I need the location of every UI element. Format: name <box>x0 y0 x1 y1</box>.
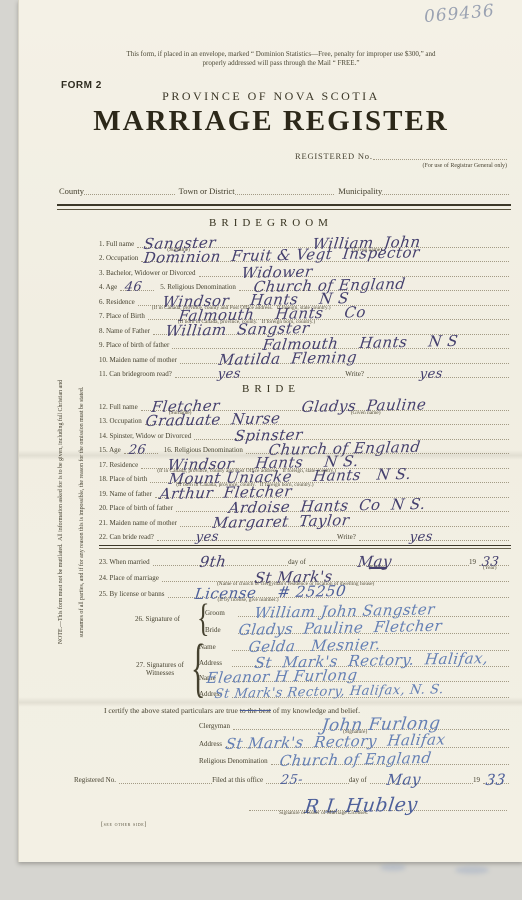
signature-sublabel: (Signature) <box>343 729 367 735</box>
envelope-instruction: This form, if placed in an envelope, mar… <box>69 50 493 67</box>
field-bride-signature: Bride Gladys Pauline Fletcher <box>205 619 509 636</box>
brace-glyph: { <box>191 636 199 702</box>
envelope-instruction-line1: This form, if placed in an envelope, mar… <box>69 50 493 59</box>
section-divider <box>57 204 511 210</box>
field-witness2-name: Name Eleanor H Furlong <box>199 669 509 685</box>
field-bridegroom-residence: 6. Residence Windsor Hants N S (If in Ca… <box>99 293 509 308</box>
surname-sublabel: (Surname) <box>169 410 192 416</box>
municipality-label: Municipality <box>334 186 382 197</box>
handwritten-value: Margaret Taylor <box>212 515 350 529</box>
county-blank <box>84 182 175 195</box>
field-bridegroom-literacy: 11. Can bridegroom read? yes Write? yes <box>99 366 509 381</box>
registered-no-blank <box>119 771 212 784</box>
handwritten-value: yes <box>409 531 434 543</box>
handwritten-value: 33 <box>485 775 506 786</box>
handwritten-signature: Gladys Pauline Fletcher <box>238 620 443 635</box>
given-name-sublabel: (Given name) <box>352 247 382 253</box>
ink-smudge <box>455 866 489 874</box>
town-label: Town or District <box>175 186 235 197</box>
signature-of-label: 26. Signature of <box>135 615 197 623</box>
witnesses-label-line1: 27. Signatures of <box>129 661 191 669</box>
handwritten-value: Church of England <box>279 753 432 767</box>
place-sublabel: (Name of church or clergyman's residence… <box>217 581 374 587</box>
handwritten-value: 46 <box>124 282 143 293</box>
bridegroom-heading: BRIDEGROOM <box>19 217 522 229</box>
signature-of-block: 26. Signature of { Groom William John Sa… <box>99 602 509 636</box>
handwritten-value: St Mark's Rectory Halifax <box>225 734 446 750</box>
form-number-label: FORM 2 <box>61 80 102 91</box>
handwritten-value: Matilda Fleming <box>218 352 358 366</box>
handwritten-signature: William John Sangster <box>254 604 435 619</box>
handwritten-value: May <box>386 774 422 786</box>
field-bride-occupation: 13. Occupation Graduate Nurse <box>99 413 509 428</box>
registered-no-label: REGISTERED No. <box>295 151 373 162</box>
handwritten-value: 9th <box>199 556 227 568</box>
province-heading: PROVINCE OF NOVA SCOTIA <box>19 89 522 104</box>
handwritten-value: yes <box>195 531 220 543</box>
surname-sublabel: (Surname) <box>167 247 190 253</box>
year-sublabel: (Year) <box>483 565 497 571</box>
birthplace-sublabel: (If born in Canada, province, county. If… <box>176 482 313 488</box>
handwritten-value: Graduate Nurse <box>145 413 281 427</box>
month-sublabel-scribbled: (Month) <box>369 565 387 571</box>
handwritten-signature: Eleanor H Furlong <box>206 670 358 684</box>
margin-note-vertical: NOTE.—This form must not be mutilated. A… <box>44 312 58 712</box>
document-title: MARRIAGE REGISTER <box>19 105 522 138</box>
handwritten-value: yes <box>419 368 444 380</box>
handwritten-document-number: 069436 <box>423 1 495 27</box>
given-name-sublabel: (Given name) <box>351 410 381 416</box>
field-clergyman: Clergyman John Furlong (Signature) <box>199 715 509 733</box>
margin-note-line2: surnames of all parties, and if for any … <box>79 312 86 712</box>
handwritten-value: yes <box>217 368 242 380</box>
field-place-of-marriage: 24. Place of marriage St Mark's (Name of… <box>99 568 509 584</box>
bride-section: 12. Full name Fletcher Gladys Pauline (S… <box>99 398 509 543</box>
birthplace-sublabel: (If born in Canada, province, county. If… <box>178 319 315 325</box>
municipality-blank <box>382 182 509 195</box>
see-other-side-note: [see other side] <box>101 822 522 828</box>
marriage-section: 23. When married 9th day of May (Month) … <box>99 553 509 600</box>
residence-sublabel: (If in Canada, province, county and Post… <box>152 305 331 311</box>
witnesses-block: 27. Signatures of Witnesses { Name Gelda… <box>99 638 509 700</box>
county-label: County <box>59 186 84 197</box>
field-bridegroom-mother: 10. Maiden name of mother Matilda Flemin… <box>99 351 509 366</box>
handwritten-value: St Mark's Rectory. Halifax, <box>254 653 489 669</box>
issuer-sublabel: Signature of Issuer of Marriage Licenses… <box>279 810 368 816</box>
registrar-note: (For use of Registrar General only) <box>295 163 507 169</box>
field-when-married: 23. When married 9th day of May (Month) … <box>99 553 509 568</box>
field-bride-literacy: 22. Can bride read? yes Write? yes <box>99 529 509 544</box>
filing-row: Registered No. Filed at this office 25- … <box>74 770 509 786</box>
town-blank <box>235 182 335 195</box>
field-bride-mother: 21. Maiden name of mother Margaret Taylo… <box>99 514 509 529</box>
marriage-section-divider <box>99 545 511 549</box>
bridegroom-section: 1. Full name Sangster William John (Surn… <box>99 235 509 380</box>
license-sublabel: (If by license, give number.) <box>218 597 279 603</box>
handwritten-value: 25- <box>280 775 304 786</box>
field-bride-full-name: 12. Full name Fletcher Gladys Pauline (S… <box>99 398 509 413</box>
issuer-signature-block: R L Hubley Signature of Issuer of Marria… <box>249 790 507 811</box>
scanned-page: 069436 This form, if placed in an envelo… <box>0 0 522 900</box>
envelope-instruction-line2: properly addressed will pass through the… <box>69 59 493 68</box>
residence-sublabel: (If in Canada, province, county and Post… <box>157 468 336 474</box>
county-row: County Town or District Municipality <box>59 182 509 197</box>
field-groom-signature: Groom William John Sangster <box>205 602 509 619</box>
ink-smudge <box>380 864 406 871</box>
margin-note-line1: NOTE.—This form must not be mutilated. A… <box>58 312 65 712</box>
witnesses-label-line2: Witnesses <box>129 669 191 677</box>
registered-no-row: REGISTERED No. <box>295 147 507 162</box>
registered-no-blank <box>373 147 507 160</box>
